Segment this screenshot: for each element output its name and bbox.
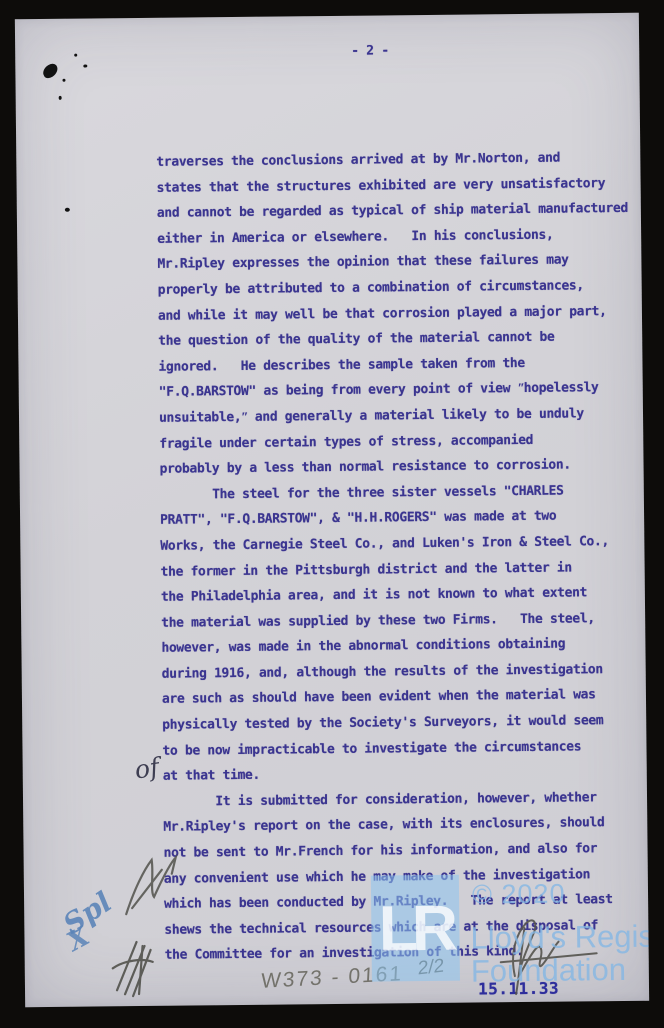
ink-spot <box>62 79 65 82</box>
watermark-foundation: Foundation <box>471 952 626 990</box>
ink-blot <box>40 62 60 81</box>
ink-spot <box>59 96 62 100</box>
margin-handwriting-of: of <box>133 752 161 784</box>
lr-logo-letters: LR <box>378 896 452 961</box>
typed-line: the material was supplied by these two F… <box>161 605 649 636</box>
typed-line: to be now impracticable to investigate t… <box>162 733 649 764</box>
typed-line: Works, the Carnegie Steel Co., and Luken… <box>160 528 649 559</box>
ink-spot <box>74 54 77 57</box>
typed-line: unsuitable,ʺ and generally a material li… <box>159 401 649 432</box>
watermark-copyright: © 2020 <box>472 879 566 911</box>
lr-logo-watermark: LR <box>371 875 460 982</box>
pencil-ha-scribble <box>113 942 154 996</box>
typed-text-block: traverses the conclusions arrived at by … <box>156 145 649 969</box>
ink-spot <box>65 208 70 212</box>
typed-line: and while it may well be that corrosion … <box>158 298 649 329</box>
page-number: - 2 - <box>351 43 389 58</box>
typed-line: and cannot be regarded as typical of shi… <box>157 196 649 227</box>
watermark-lloyds-register: Lloyd's Register <box>470 918 649 956</box>
ink-spot <box>83 65 87 68</box>
document-page: - 2 - traverses the conclusions arrived … <box>15 13 649 1007</box>
scanned-document: - 2 - traverses the conclusions arrived … <box>0 0 664 1028</box>
